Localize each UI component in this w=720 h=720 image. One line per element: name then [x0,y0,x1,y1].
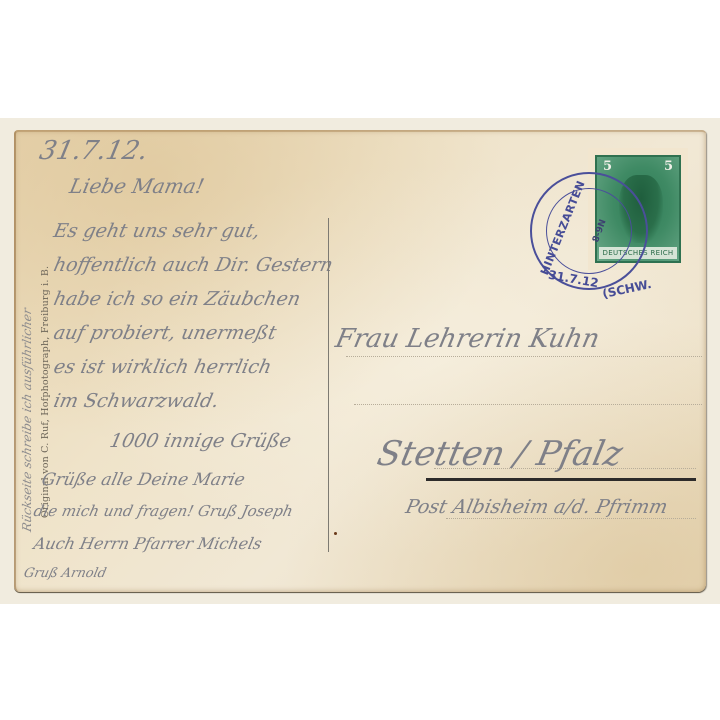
margin-note: Rückseite schreibe ich ausführlicher [20,307,34,533]
address-post-office: Post Albisheim a/d. Pfrimm [404,496,670,518]
postmark: HINTERZARTEN 8-9N 31.7.12 (SCHW. [530,172,648,290]
address-underline [426,478,696,481]
stamp-value: 5 [603,159,612,174]
message-line: Gruß Arnold [22,566,107,581]
postmark-region: (SCHW. [601,277,653,301]
message-line: habe ich so ein Zäubchen [52,288,303,310]
message-line: Grüße alle Deine Marie [40,470,247,490]
stamp-value: 5 [664,159,673,174]
message-date: 31.7.12. [37,136,151,166]
message-line: 1000 innige Grüße [108,430,294,452]
address-line-guide [354,404,702,405]
message-line: es ist wirklich herrlich [52,356,274,378]
message-line: die mich und fragen! Gruß Joseph [32,502,294,520]
postcard: Original von C. Ruf, Hofphotograph, Frei… [14,130,706,592]
ink-spot [334,532,337,535]
address-town: Stetten / Pfalz [374,434,627,474]
divider-line [328,218,329,552]
message-line: Es geht uns sehr gut, [52,220,262,242]
address-line-guide [346,356,702,357]
message-salutation: Liebe Mama! [67,174,206,198]
message-line: auf probiert, unermeßt [52,322,279,344]
address-recipient: Frau Lehrerin Kuhn [333,324,602,354]
address-line-guide [446,518,696,519]
message-line: Auch Herrn Pfarrer Michels [32,534,264,553]
message-line: im Schwarzwald. [52,390,221,412]
message-line: hoffentlich auch Dir. Gestern [52,254,335,276]
